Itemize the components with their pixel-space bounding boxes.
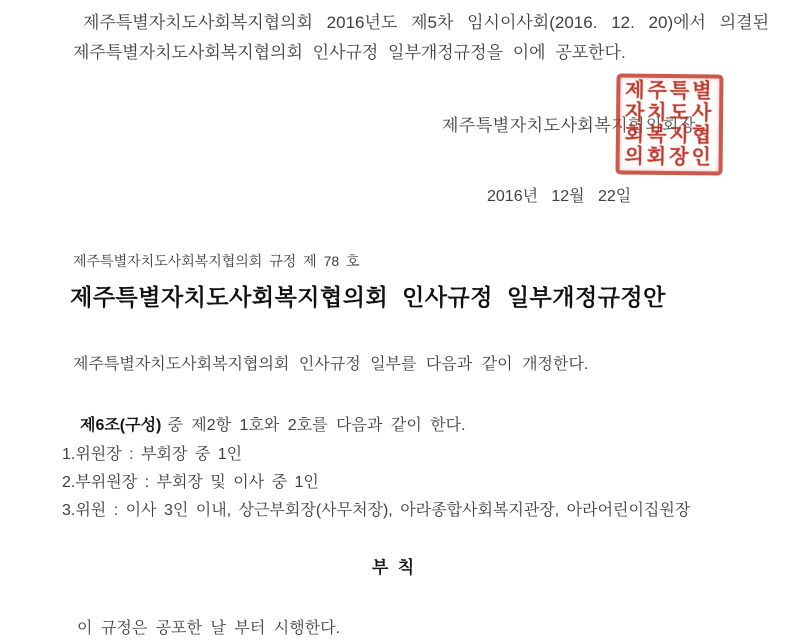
document-title: 제주특별자치도사회복지협의회 인사규정 일부개정규정안 [0, 279, 736, 312]
document-page: 제주특별자치도사회복지협의회 2016년도 제5차 임시이사회(2016. 12… [0, 0, 786, 642]
provision-item: 1.위원장 : 부회장 중 1인 [62, 441, 690, 469]
promulgation-paragraph: 제주특별자치도사회복지협의회 2016년도 제5차 임시이사회(2016. 12… [73, 8, 769, 68]
seal-row: 자치도사 [620, 102, 719, 124]
seal-row: 회복지협 [620, 125, 719, 147]
provision-item: 3.위원 : 이사 3인 이내, 상근부회장(사무처장), 아라종합사회복지관장… [62, 497, 690, 525]
article-clause: 제6조(구성)중 제2항 1호와 2호를 다음과 같이 한다. [80, 412, 466, 435]
addendum-heading: 부 칙 [0, 553, 786, 578]
amendment-intro: 제주특별자치도사회복지협의회 인사규정 일부를 다음과 같이 개정한다. [73, 351, 588, 374]
regulation-number: 제주특별자치도사회복지협의회 규정 제 78 호 [73, 251, 360, 271]
provision-list: 1.위원장 : 부회장 중 1인 2.부위원장 : 부회장 및 이사 중 1인 … [62, 441, 690, 525]
addendum-text: 이 규정은 공포한 날 부터 시행한다. [77, 615, 340, 638]
seal-row: 의회장인 [620, 147, 719, 169]
seal-row: 제주특별 [620, 80, 719, 102]
official-seal-stamp: 제주특별 자치도사 회복지협 의회장인 [615, 73, 723, 175]
promulgation-date: 2016년 12월 22일 [487, 183, 631, 206]
provision-item: 2.부위원장 : 부회장 및 이사 중 1인 [62, 469, 690, 497]
article-text: 중 제2항 1호와 2호를 다음과 같이 한다. [167, 417, 465, 434]
article-label: 제6조(구성) [80, 417, 161, 434]
